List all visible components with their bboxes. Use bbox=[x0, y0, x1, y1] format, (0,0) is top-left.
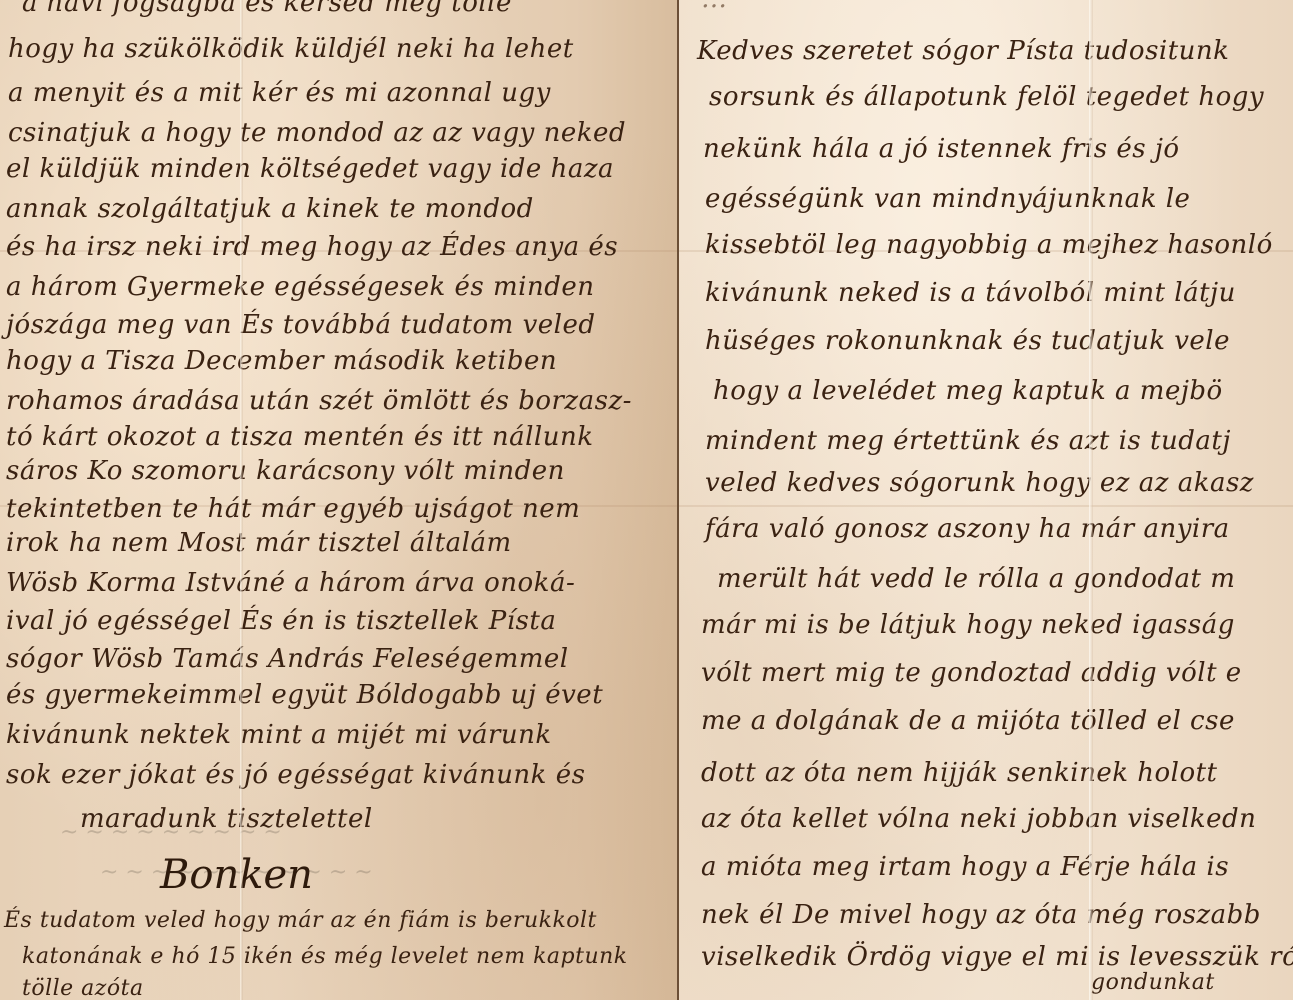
letter-line: fára való gonosz aszony ha már anyira bbox=[705, 516, 1230, 542]
letter-line: ival jó egésségel És én is tisztellek Pí… bbox=[6, 608, 556, 634]
letter-line: már mi is be látjuk hogy neked igasság bbox=[701, 612, 1235, 638]
letter-line: rohamos áradása után szét ömlött és borz… bbox=[6, 388, 632, 414]
letter-line: Kedves szeretet sógor Písta tudositunk bbox=[697, 38, 1229, 64]
postscript-line: És tudatom veled hogy már az én fiám is … bbox=[4, 910, 597, 932]
letter-line: sáros Ko szomoru karácsony vólt minden bbox=[6, 458, 565, 484]
letter-line: hogy a Tisza December második ketiben bbox=[6, 348, 557, 374]
signature: Bonken bbox=[160, 852, 313, 898]
letter-line: vólt mert mig te gondoztad addig vólt e bbox=[701, 660, 1242, 686]
postscript-line: tölle azóta bbox=[22, 978, 144, 1000]
letter-line: irok ha nem Most már tisztel általám bbox=[6, 530, 512, 556]
letter-line: és ha irsz neki ird meg hogy az Édes any… bbox=[6, 234, 618, 260]
letter-line: hogy ha szükölködik küldjél neki ha lehe… bbox=[8, 36, 574, 62]
letter-line: csinatjuk a hogy te mondod az az vagy ne… bbox=[8, 120, 626, 146]
paper-fold bbox=[679, 505, 1293, 507]
letter-line: kivánunk nektek mint a mijét mi várunk bbox=[6, 722, 552, 748]
letter-line: nek él De mivel hogy az óta még roszabb bbox=[701, 902, 1261, 928]
letter-line: tekintetben te hát már egyéb ujságot nem bbox=[6, 496, 580, 522]
letter-line: tó kárt okozot a tisza mentén és itt nál… bbox=[6, 424, 593, 450]
letter-line: a mióta meg irtam hogy a Férje hála is bbox=[701, 854, 1229, 880]
letter-line: sorsunk és állapotunk felöl tegedet hogy bbox=[709, 84, 1264, 110]
letter-line: sógor Wösb Tamás András Feleségemmel bbox=[6, 646, 569, 672]
letter-line: mindent meg értettünk és azt is tudatj bbox=[705, 428, 1231, 454]
letter-spread: ~ ~ ~ ~ ~ ~ ~ ~ ~ ~ ~ ~ ~ ~ ~ ~ ~ ~ ~ ~ … bbox=[0, 0, 1293, 1000]
letter-line: sok ezer jókat és jó egésségat kivánunk … bbox=[6, 762, 585, 788]
letter-line: a menyit és a mit kér és mi azonnal ugy bbox=[8, 80, 551, 106]
letter-line: a három Gyermeke egésségesek és minden bbox=[6, 274, 595, 300]
letter-line-cut-off: … bbox=[701, 0, 728, 12]
letter-line: egésségünk van mindnyájunknak le bbox=[705, 186, 1190, 212]
letter-line: dott az óta nem hijják senkinek holott bbox=[701, 760, 1218, 786]
letter-line: kissebtöl leg nagyobbig a mejhez hasonló bbox=[705, 232, 1273, 258]
letter-line: az óta kellet vólna neki jobban viselked… bbox=[701, 806, 1256, 832]
letter-line: Wösb Korma Istváné a három árva onoká- bbox=[6, 570, 575, 596]
left-page: ~ ~ ~ ~ ~ ~ ~ ~ ~ ~ ~ ~ ~ ~ ~ ~ ~ ~ ~ ~ … bbox=[0, 0, 679, 1000]
letter-line: veled kedves sógorunk hogy ez az akasz bbox=[705, 470, 1254, 496]
letter-line: jószága meg van És továbbá tudatom veled bbox=[6, 312, 596, 338]
letter-line: kivánunk neked is a távolból mint látju bbox=[705, 280, 1236, 306]
letter-line: nekünk hála a jó istennek fris és jó bbox=[703, 136, 1180, 162]
letter-closing: maradunk tisztelettel bbox=[80, 806, 373, 832]
letter-line: a havi fogságba és kérsed meg tölle bbox=[22, 0, 512, 16]
letter-line: me a dolgának de a mijóta tölled el cse bbox=[701, 708, 1235, 734]
letter-line: annak szolgáltatjuk a kinek te mondod bbox=[6, 196, 534, 222]
letter-line: hüséges rokonunknak és tudatjuk vele bbox=[705, 328, 1230, 354]
letter-line: és gyermekeimmel együt Bóldogabb uj évet bbox=[6, 682, 603, 708]
letter-line: merült hát vedd le rólla a gondodat m bbox=[717, 566, 1235, 592]
postscript-line: katonának e hó 15 ikén és még levelet ne… bbox=[22, 946, 628, 968]
letter-line: viselkedik Ördög vigye el mi is levesszü… bbox=[701, 944, 1293, 970]
right-page: … Kedves szeretet sógor Písta tudositunk… bbox=[679, 0, 1293, 1000]
letter-line-continuation: gondunkat bbox=[1091, 972, 1215, 994]
letter-line: el küldjük minden költségedet vagy ide h… bbox=[6, 156, 614, 182]
letter-line: hogy a levelédet meg kaptuk a mejbö bbox=[713, 378, 1223, 404]
